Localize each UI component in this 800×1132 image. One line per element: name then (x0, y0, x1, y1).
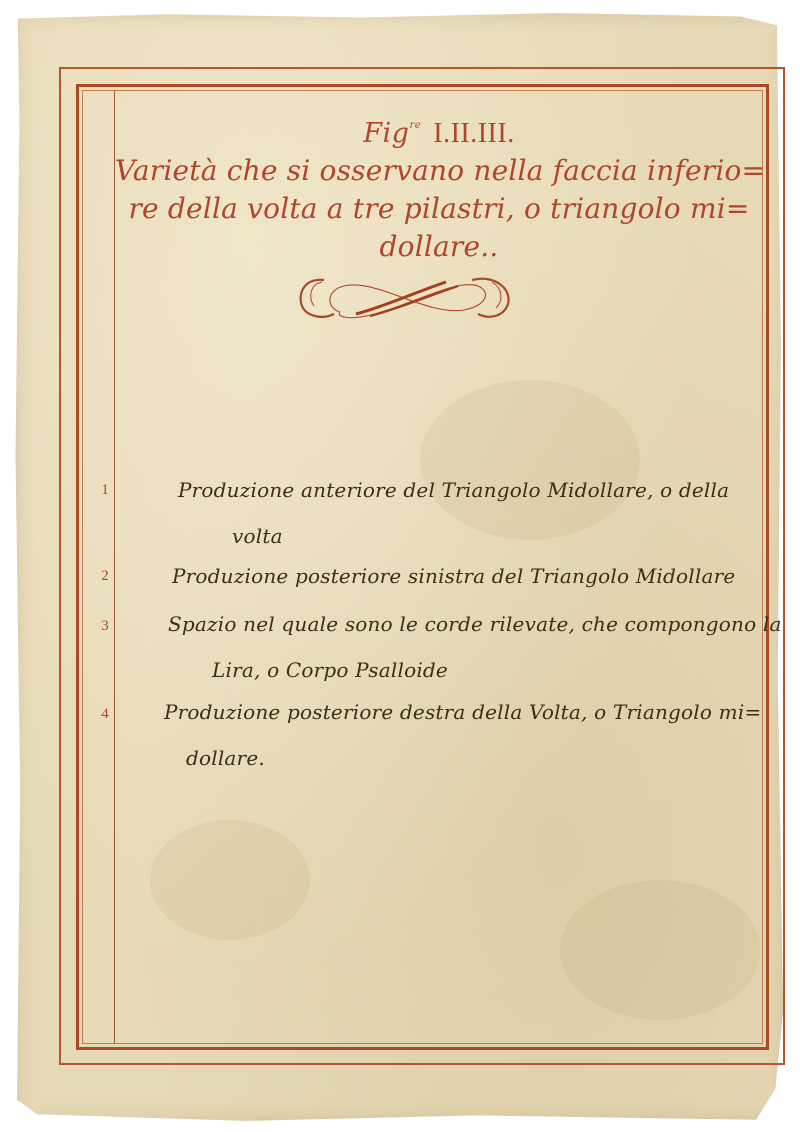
entry-3-line-1: Spazio nel quale sono le corde rilevate,… (168, 612, 782, 636)
entry-number-2: 2 (90, 568, 120, 585)
entry-number-3: 3 (90, 618, 120, 635)
entry-4-line-2: dollare. (186, 746, 265, 770)
title-block: Figre I.II.III. Varietà che si osservano… (115, 108, 763, 266)
heading-line-2: re della volta a tre pilastri, o triango… (115, 190, 763, 228)
entry-2-line-1: Produzione posteriore sinistra del Trian… (172, 564, 735, 588)
calligraphic-flourish-icon (296, 268, 516, 326)
entry-1-line-2: volta (232, 524, 283, 548)
entry-1-line-1: Produzione anteriore del Triangolo Midol… (178, 478, 729, 502)
fig-superscript: re (409, 120, 421, 131)
entry-number-4: 4 (90, 706, 120, 723)
figure-numerals: I.II.III. (433, 118, 514, 149)
entry-3-line-2: Lira, o Corpo Psalloide (212, 658, 448, 682)
entry-4-line-1: Produzione posteriore destra della Volta… (164, 700, 761, 724)
entry-number-1: 1 (90, 482, 120, 499)
fig-word: Fig (363, 118, 409, 149)
heading-line-3: dollare.. (115, 228, 763, 266)
heading-line-1: Varietà che si osservano nella faccia in… (115, 152, 763, 190)
figure-reference: Figre I.II.III. (115, 108, 763, 152)
